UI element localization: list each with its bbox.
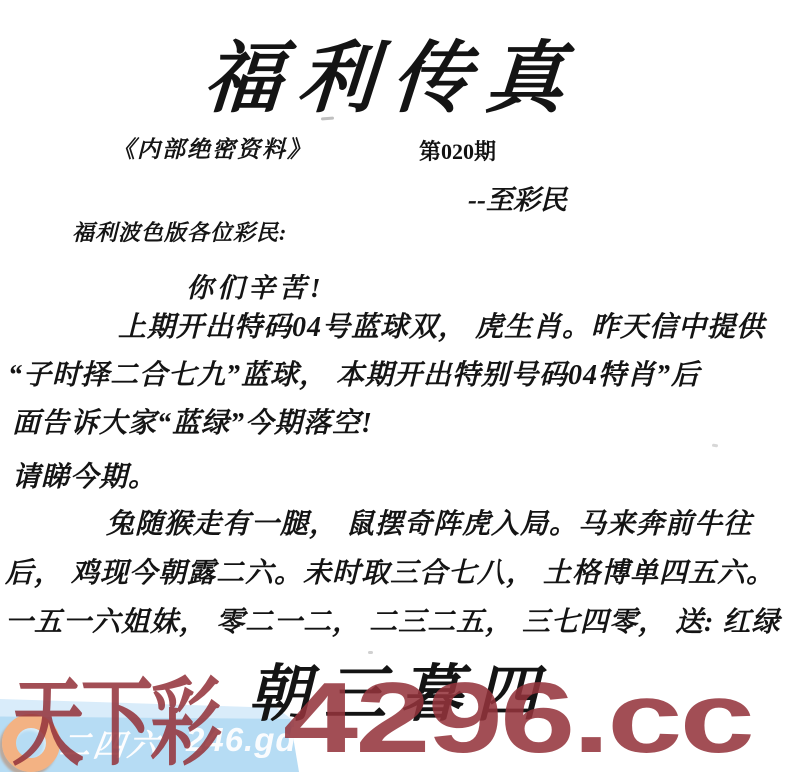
riddle-line-2: 后， 鸡现今朝露二六。未时取三合七八， 土格博单四五六。 bbox=[5, 551, 775, 591]
scanned-flyer-page: 福利传真 《内部绝密资料》 第020期 --至彩民 福利波色版各位彩民: 你们辛… bbox=[0, 0, 785, 772]
issue-number: 第020期 bbox=[419, 135, 496, 166]
body-line-1: 上期开出特码04号蓝球双， 虎生肖。昨天信中提供 bbox=[118, 305, 765, 345]
masthead-title: 福利传真 bbox=[0, 16, 785, 128]
dedication-line: --至彩民 bbox=[468, 178, 567, 217]
watch-this-issue-line: 请睇今期。 bbox=[12, 455, 157, 495]
riddle-line-1: 兔随猴走有一腿， 鼠摆奇阵虎入局。马来奔前牛往 bbox=[106, 502, 752, 542]
greeting-line: 福利波色版各位彩民: bbox=[72, 216, 287, 247]
body-line-3: 面告诉大家“蓝绿”今期落空! bbox=[12, 401, 373, 441]
watermark-brand: 天下彩 bbox=[12, 676, 219, 772]
classification-label: 《内部绝密资料》 bbox=[112, 131, 312, 164]
scan-artifact-dot-2 bbox=[712, 444, 718, 448]
riddle-line-3: 一五一六姐妹， 零二一二， 二三二五， 三七四零， 送: 红绿 bbox=[5, 600, 780, 640]
opening-line: 你们辛苦! bbox=[186, 266, 325, 305]
body-line-2: “子时择二合七九”蓝球， 本期开出特别号码04特肖”后 bbox=[8, 353, 700, 393]
watermark-url: 4296.cc bbox=[283, 668, 752, 768]
